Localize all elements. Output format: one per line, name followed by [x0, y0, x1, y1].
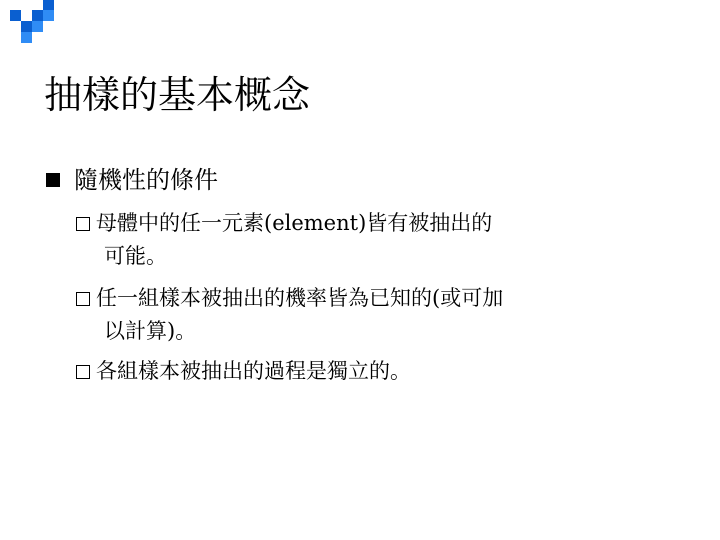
logo-square: [43, 10, 54, 21]
sub-bullet-item: 母體中的任一元素(element)皆有被抽出的 可能。: [76, 207, 676, 273]
logo: [0, 0, 60, 45]
slide-title: 抽樣的基本概念: [44, 70, 310, 120]
sub-bullet-item: 任一組樣本被抽出的機率皆為已知的(或可加 以計算)。: [76, 282, 676, 348]
sub-bullet-item: 各組樣本被抽出的過程是獨立的。: [76, 355, 676, 388]
sub-bullet-text: 任一組樣本被抽出的機率皆為已知的(或可加: [96, 282, 503, 315]
logo-square: [32, 21, 43, 32]
logo-square: [21, 21, 32, 32]
bullet-text: 隨機性的條件: [74, 162, 218, 198]
hollow-square-bullet-icon: [76, 365, 90, 379]
square-bullet-icon: [46, 173, 60, 187]
sub-bullet-text-continuation: 可能。: [76, 240, 676, 273]
hollow-square-bullet-icon: [76, 217, 90, 231]
logo-square: [10, 10, 21, 21]
logo-square: [21, 32, 32, 43]
bullet-item: 隨機性的條件: [44, 162, 218, 198]
sub-bullet-text-continuation: 以計算)。: [76, 315, 676, 348]
sub-bullet-text: 母體中的任一元素(element)皆有被抽出的: [96, 207, 492, 240]
hollow-square-bullet-icon: [76, 292, 90, 306]
logo-square: [32, 10, 43, 21]
sub-bullet-text: 各組樣本被抽出的過程是獨立的。: [96, 355, 411, 388]
